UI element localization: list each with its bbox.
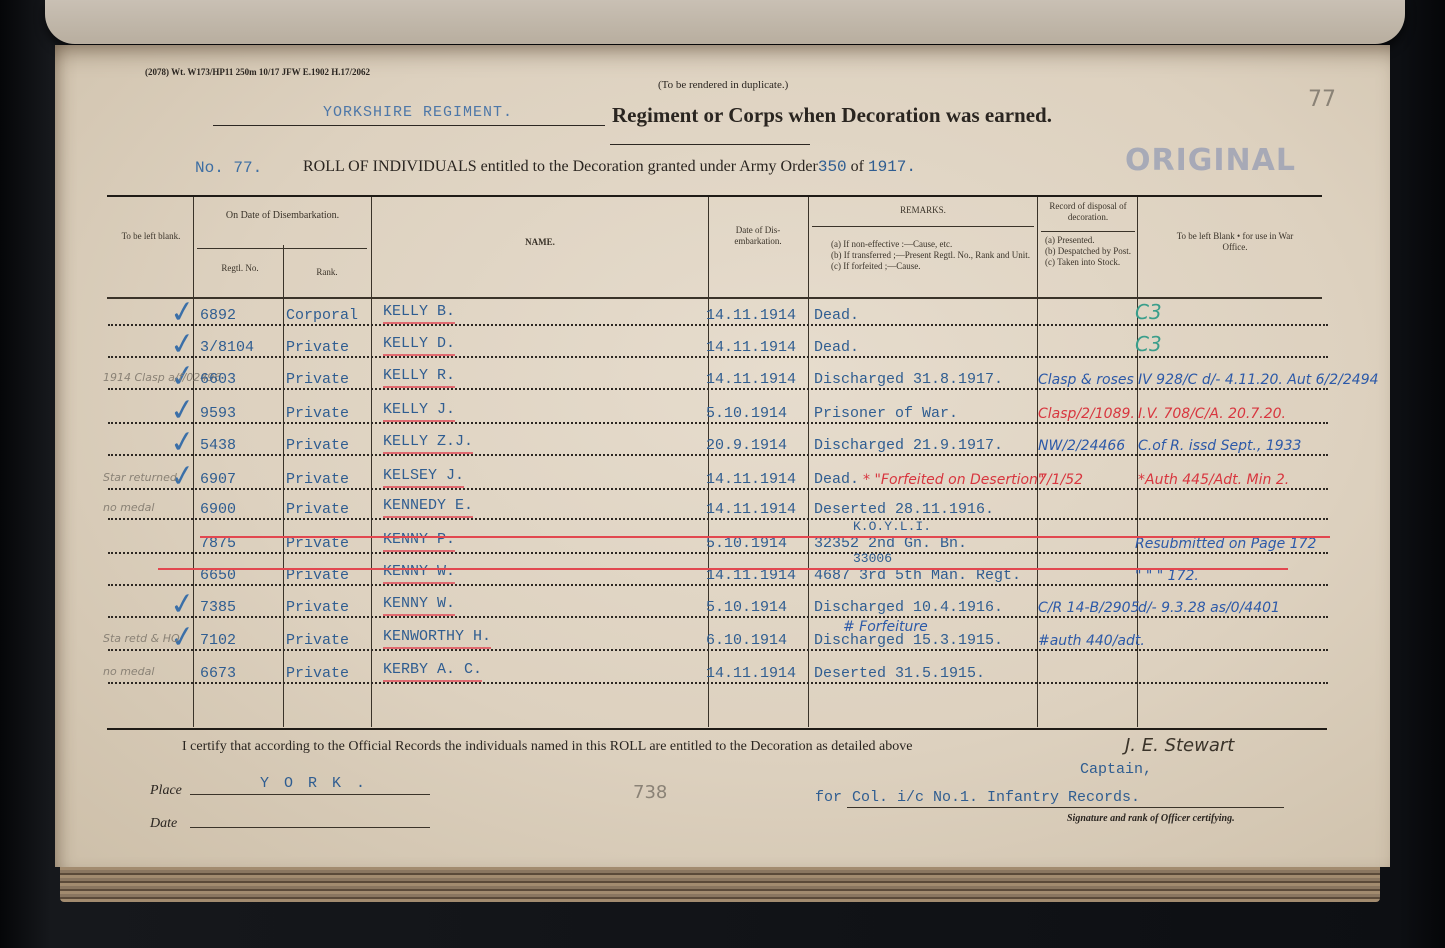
disembark-date: 20.9.1914 [706, 437, 787, 454]
soldier-name: KENNY P. [383, 531, 455, 552]
disembark-date: 14.11.1914 [706, 307, 796, 324]
strike-through [158, 568, 1288, 570]
signature-line [847, 807, 1284, 808]
table-row: 7875 Private KENNY P. 5.10.1914 K.O.Y.L.… [108, 522, 1328, 554]
remarks: Discharged 31.8.1917. [814, 371, 1003, 388]
record-disposal: Clasp/2/1089. [1038, 406, 1135, 422]
label-underline [610, 144, 810, 145]
row-dotted-rule [108, 518, 1328, 520]
soldier-name: KELLY J. [383, 401, 455, 422]
war-office-note: C.of R. issd Sept., 1933 [1138, 438, 1301, 454]
check-mark-icon: ✓ [168, 585, 198, 623]
subhead-rule [812, 226, 1034, 227]
col-head-name: NAME. [375, 237, 705, 248]
col-head-rank: Rank. [287, 267, 367, 278]
for-label: for [815, 789, 842, 806]
strike-through [200, 536, 1330, 538]
original-stamp: ORIGINAL [1125, 143, 1296, 178]
certify-statement: I certify that according to the Official… [182, 739, 1182, 755]
row-dotted-rule [108, 649, 1328, 651]
rank: Private [286, 665, 349, 682]
remarks: Dead. [814, 339, 859, 356]
col-head-war-office: To be left Blank • for use in War Office… [1175, 231, 1295, 253]
remarks: Prisoner of War. [814, 405, 958, 422]
record-disposal: C/R 14-B/2905 [1038, 600, 1140, 616]
table-row: ✓ 7385 Private KENNY W. 5.10.1914 Discha… [108, 586, 1328, 618]
remarks: Dead. [814, 307, 859, 324]
regtl-no: 7102 [200, 632, 236, 649]
soldier-name: KENNY W. [383, 563, 455, 584]
remarks: Deserted 28.11.1916. [814, 501, 994, 518]
war-office-note: C3 [1135, 332, 1162, 356]
regtl-no: 6900 [200, 501, 236, 518]
col-head-record: Record of disposal of decoration. [1041, 201, 1135, 223]
print-code: (2078) Wt. W173/HP11 250m 10/17 JFW E.19… [145, 67, 370, 77]
regiment-name: YORKSHIRE REGIMENT. [323, 104, 513, 121]
record-disposal: NW/2/24466 [1038, 438, 1125, 454]
remarks: Dead. [814, 471, 859, 488]
soldier-name: KELSEY J. [383, 467, 464, 488]
disembark-date: 5.10.1914 [706, 599, 787, 616]
of-label: of [851, 158, 864, 175]
disembark-date: 14.11.1914 [706, 339, 796, 356]
record-disposal: Clasp & roses [1038, 372, 1134, 388]
remarks-a: (a) If non-effective :—Cause, etc. [831, 239, 1031, 250]
rank: Private [286, 371, 349, 388]
rank: Private [286, 632, 349, 649]
regiment-underline [213, 125, 605, 126]
soldier-name: KENNEDY E. [383, 497, 473, 518]
table-row: ✓ 9593 Private KELLY J. 5.10.1914 Prison… [108, 392, 1328, 424]
soldier-name: KELLY D. [383, 335, 455, 356]
officer-rank: Captain, [1080, 761, 1152, 778]
regtl-no: 9593 [200, 405, 236, 422]
soldier-name: KELLY R. [383, 367, 455, 388]
table-row: ✓ 6892 Corporal KELLY B. 14.11.1914 Dead… [108, 294, 1328, 326]
margin-note: no medal [103, 665, 154, 678]
page-stack-edges [60, 862, 1380, 902]
war-office-note: *Auth 445/Adt. Min 2. [1138, 472, 1289, 488]
table-row: 6650 Private KENNY W. 14.11.1914 33006 4… [108, 554, 1328, 586]
regtl-no: 6603 [200, 371, 236, 388]
war-office-note: IV 928/C d/- 4.11.20. Aut 6/2/2494 [1138, 372, 1379, 388]
regtl-no: 6892 [200, 307, 236, 324]
soldier-name: KELLY B. [383, 303, 455, 324]
row-dotted-rule [108, 388, 1328, 390]
regtl-no: 6673 [200, 665, 236, 682]
war-office-note: d/- 9.3.28 as/0/4401 [1138, 600, 1280, 616]
regtl-no: 5438 [200, 437, 236, 454]
regiment-label: Regiment or Corps when Decoration was ea… [612, 103, 1052, 128]
record-disposal: #auth 440/adt. [1038, 633, 1145, 649]
remarks: Discharged 10.4.1916. [814, 599, 1003, 616]
remarks-above: 33006 [853, 551, 892, 566]
place-label: Place [150, 783, 182, 799]
rank: Private [286, 339, 349, 356]
signature-caption: Signature and rank of Officer certifying… [1067, 813, 1235, 824]
regtl-no: 3/8104 [200, 339, 254, 356]
rank: Private [286, 471, 349, 488]
subhead-rule [1041, 231, 1135, 232]
records-office: Col. i/c No.1. Infantry Records. [852, 789, 1140, 806]
record-disposal: 7/1/52 [1038, 472, 1083, 488]
regtl-no: 6907 [200, 471, 236, 488]
subhead-rule [197, 248, 367, 249]
war-office-note: I.V. 708/C/A. 20.7.20. [1138, 406, 1286, 422]
disembark-date: 14.11.1914 [706, 665, 796, 682]
table-row: ✓ Star returned. 6907 Private KELSEY J. … [108, 458, 1328, 490]
margin-note: Sta retd & HO [103, 632, 180, 645]
table-top-rule [107, 195, 1322, 197]
date-label: Date [150, 816, 177, 832]
disembark-date: 6.10.1914 [706, 632, 787, 649]
soldier-name: KERBY A. C. [383, 661, 482, 682]
roll-title: ROLL OF INDIVIDUALS entitled to the Deco… [303, 158, 916, 176]
record-b: (b) Despatched by Post. [1045, 246, 1133, 257]
record-a: (a) Presented. [1045, 235, 1133, 246]
table-row: ✓ 1914 Clasp a/f/02496 6603 Private KELL… [108, 358, 1328, 390]
previous-page-edge [45, 0, 1405, 44]
col-head-blank: To be left blank. [115, 231, 187, 242]
margin-note: no medal [103, 501, 154, 514]
remarks-note: # Forfeiture [843, 619, 928, 635]
disembark-date: 14.11.1914 [706, 471, 796, 488]
soldier-name: KELLY Z.J. [383, 433, 473, 454]
date-line [190, 827, 430, 828]
page-number-handwritten: 77 [1308, 87, 1336, 112]
table-row: no medal 6673 Private KERBY A. C. 14.11.… [108, 652, 1328, 684]
remarks: Deserted 31.5.1915. [814, 665, 985, 682]
table-bottom-rule [107, 728, 1327, 730]
remarks-guidance: (a) If non-effective :—Cause, etc. (b) I… [831, 239, 1031, 272]
table-row: ✓ 3/8104 Private KELLY D. 14.11.1914 Dea… [108, 326, 1328, 358]
remarks-above: K.O.Y.L.I. [853, 519, 931, 534]
army-order-number: 350 [818, 158, 847, 176]
place-line [190, 794, 430, 795]
rank: Corporal [286, 307, 358, 324]
rank: Private [286, 599, 349, 616]
disembark-date: 14.11.1914 [706, 371, 796, 388]
roll-title-bold: ROLL OF INDIVIDUALS [303, 158, 477, 175]
war-office-note: C3 [1135, 300, 1162, 324]
rank: Private [286, 405, 349, 422]
roll-page: (2078) Wt. W173/HP11 250m 10/17 JFW E.19… [55, 45, 1390, 867]
col-head-remarks: REMARKS. [812, 205, 1034, 216]
remarks-c: (c) If forfeited ;—Cause. [831, 261, 1031, 272]
rank: Private [286, 501, 349, 518]
disembark-date: 14.11.1914 [706, 501, 796, 518]
roll-number: No. 77. [195, 159, 262, 177]
regtl-no: 7385 [200, 599, 236, 616]
remarks-b: (b) If transferred ;—Present Regtl. No.,… [831, 250, 1031, 261]
officer-signature: J. E. Stewart [1125, 735, 1234, 756]
record-guidance: (a) Presented. (b) Despatched by Post. (… [1045, 235, 1133, 268]
rank: Private [286, 437, 349, 454]
record-c: (c) Taken into Stock. [1045, 257, 1133, 268]
check-mark-icon: ✓ [168, 423, 198, 461]
place-value: Y O R K . [260, 775, 368, 792]
col-head-on-date: On Date of Disembarkation. [205, 210, 360, 221]
table-row: no medal 6900 Private KENNEDY E. 14.11.1… [108, 488, 1328, 520]
row-dotted-rule [108, 616, 1328, 618]
remarks: Discharged 21.9.1917. [814, 437, 1003, 454]
soldier-name: KENNY W. [383, 595, 455, 616]
duplicate-note: (To be rendered in duplicate.) [658, 79, 788, 91]
margin-note: Star returned. [103, 471, 180, 484]
col-head-date-disembarkation: Date of Dis-embarkation. [715, 225, 801, 247]
disembark-date: 5.10.1914 [706, 405, 787, 422]
table-row: ✓ 5438 Private KELLY Z.J. 20.9.1914 Disc… [108, 424, 1328, 456]
war-office-note: Resubmitted on Page 172 [1135, 536, 1316, 552]
remarks-note: * "Forfeited on Desertion" [863, 472, 1044, 488]
row-dotted-rule [108, 454, 1328, 456]
order-year: 1917. [868, 158, 916, 176]
table-row: ✓ Sta retd & HO 7102 Private KENWORTHY H… [108, 619, 1328, 651]
pencil-number: 738 [633, 782, 667, 803]
war-office-note: " " " 172. [1135, 568, 1199, 584]
roll-title-rest: entitled to the Decoration granted under… [481, 158, 818, 175]
row-dotted-rule [108, 682, 1328, 684]
col-head-regtl-no: Regtl. No. [205, 263, 275, 274]
soldier-name: KENWORTHY H. [383, 628, 491, 649]
